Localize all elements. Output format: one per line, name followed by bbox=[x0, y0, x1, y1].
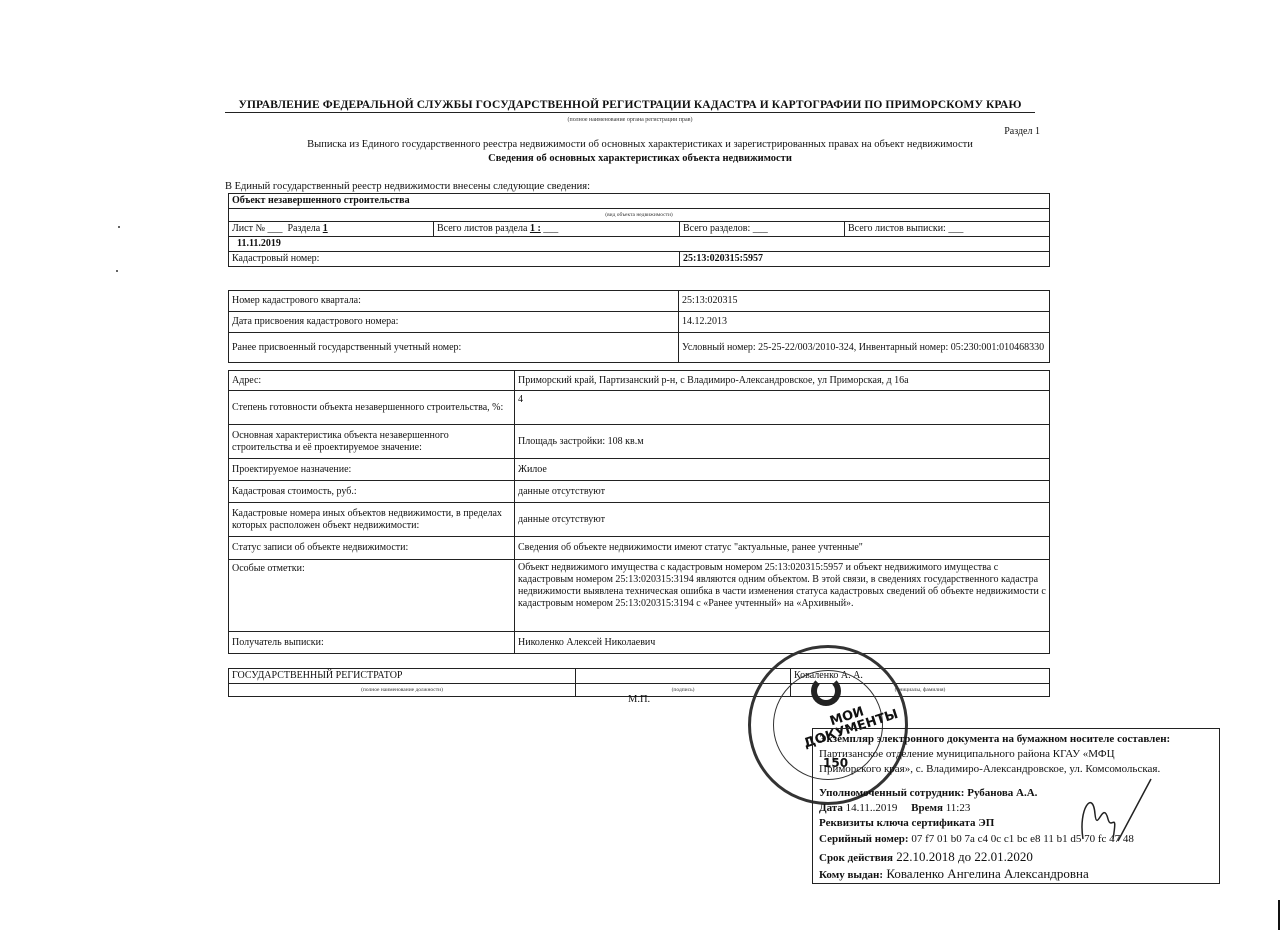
main-characteristic-value: Площадь застройки: 108 кв.м bbox=[515, 425, 1050, 459]
prev-number-value: Условный номер: 25-25-22/003/2010-324, И… bbox=[679, 333, 1050, 363]
total-sheets-section-blank: ___ bbox=[543, 223, 558, 234]
object-type: Объект незавершенного строительства bbox=[229, 194, 1050, 209]
sheet-info: Лист № ___ Раздела 1 bbox=[229, 222, 434, 237]
cadastral-value: 25:13:020315:5957 bbox=[680, 252, 1050, 267]
intro-text: В Единый государственный реестр недвижим… bbox=[225, 181, 590, 192]
ep-time-value: 11:23 bbox=[946, 802, 971, 814]
assign-date-label: Дата присвоения кадастрового номера: bbox=[229, 312, 679, 333]
ep-issued: Кому выдан: Коваленко Ангелина Александр… bbox=[819, 866, 1089, 882]
total-sections-label: Всего разделов: bbox=[683, 223, 750, 234]
section-label: Раздела bbox=[287, 223, 320, 234]
total-sheets-section-value: 1 : bbox=[530, 223, 541, 234]
handwritten-signature bbox=[1073, 769, 1153, 859]
ep-date-label: Дата bbox=[819, 802, 843, 814]
scan-speck bbox=[118, 226, 120, 228]
org-subtitle: (полное наименование органа регистрации … bbox=[225, 117, 1035, 123]
total-sheets-value: ___ bbox=[948, 223, 963, 234]
ep-serial-label: Серийный номер: bbox=[819, 833, 909, 845]
special-notes-label: Особые отметки: bbox=[229, 560, 515, 632]
cadastral-label: Кадастровый номер: bbox=[229, 252, 680, 267]
sheet-value: ___ bbox=[267, 223, 282, 234]
ep-validity-value: 22.10.2018 до 22.01.2020 bbox=[896, 849, 1033, 864]
ep-datetime: Дата 14.11..2019 Время 11:23 bbox=[819, 802, 970, 814]
ep-key-label: Реквизиты ключа сертификата ЭП bbox=[819, 817, 994, 829]
readiness-label: Степень готовности объекта незавершенног… bbox=[229, 391, 515, 425]
ep-date-value: 14.11..2019 bbox=[846, 802, 898, 814]
total-sheets: Всего листов выписки: ___ bbox=[845, 222, 1050, 237]
purpose-label: Проектируемое назначение: bbox=[229, 459, 515, 481]
recipient-label: Получатель выписки: bbox=[229, 632, 515, 654]
object-table: Объект незавершенного строительства (вид… bbox=[228, 193, 1050, 267]
position-caption: (полное наименование должности) bbox=[229, 684, 576, 697]
extract-title: Выписка из Единого государственного реес… bbox=[225, 139, 1055, 150]
object-type-caption: (вид объекта недвижимости) bbox=[229, 209, 1050, 222]
assign-date-value: 14.12.2013 bbox=[679, 312, 1050, 333]
sheet-label: Лист № bbox=[232, 223, 265, 234]
extract-subtitle: Сведения об основных характеристиках объ… bbox=[225, 153, 1055, 164]
org-title: УПРАВЛЕНИЕ ФЕДЕРАЛЬНОЙ СЛУЖБЫ ГОСУДАРСТВ… bbox=[225, 99, 1035, 113]
ep-time-label: Время bbox=[911, 802, 943, 814]
total-sheets-section-label: Всего листов раздела bbox=[437, 223, 527, 234]
section-number: Раздел 1 bbox=[980, 126, 1040, 137]
total-sheets-section: Всего листов раздела 1 : ___ bbox=[434, 222, 680, 237]
extract-date: 11.11.2019 bbox=[229, 237, 1050, 252]
quarter-label: Номер кадастрового квартала: bbox=[229, 291, 679, 312]
ep-certificate-box: Экземпляр электронного документа на бума… bbox=[812, 728, 1220, 884]
address-label: Адрес: bbox=[229, 371, 515, 391]
special-notes-value: Объект недвижимого имущества с кадастров… bbox=[515, 560, 1050, 632]
ep-issued-label: Кому выдан: bbox=[819, 869, 883, 881]
registrar-position: ГОСУДАРСТВЕННЫЙ РЕГИСТРАТОР bbox=[229, 669, 576, 684]
record-status-label: Статус записи об объекте недвижимости: bbox=[229, 537, 515, 560]
record-status-value: Сведения об объекте недвижимости имеют с… bbox=[515, 537, 1050, 560]
address-value: Приморский край, Партизанский р-н, с Вла… bbox=[515, 371, 1050, 391]
purpose-value: Жилое bbox=[515, 459, 1050, 481]
parent-objects-label: Кадастровые номера иных объектов недвижи… bbox=[229, 503, 515, 537]
section-value: 1 bbox=[323, 223, 328, 234]
registrar-signature bbox=[576, 669, 791, 684]
ep-validity-label: Срок действия bbox=[819, 852, 893, 864]
ep-issued-value: Коваленко Ангелина Александровна bbox=[886, 866, 1088, 881]
main-characteristic-label: Основная характеристика объекта незаверш… bbox=[229, 425, 515, 459]
quarter-value: 25:13:020315 bbox=[679, 291, 1050, 312]
seal-mark: М.П. bbox=[628, 694, 650, 705]
quarter-table: Номер кадастрового квартала: 25:13:02031… bbox=[228, 290, 1050, 363]
ep-line2: Партизанское отделение муниципального ра… bbox=[819, 748, 1115, 760]
registrar-table: ГОСУДАРСТВЕННЫЙ РЕГИСТРАТОР Коваленко А.… bbox=[228, 668, 1050, 697]
ep-validity: Срок действия 22.10.2018 до 22.01.2020 bbox=[819, 849, 1033, 865]
stamp-logo-icon bbox=[811, 676, 841, 706]
total-sections: Всего разделов: ___ bbox=[680, 222, 845, 237]
total-sheets-label: Всего листов выписки: bbox=[848, 223, 946, 234]
cadastral-cost-value: данные отсутствуют bbox=[515, 481, 1050, 503]
total-sections-value: ___ bbox=[753, 223, 768, 234]
ep-line1: Экземпляр электронного документа на бума… bbox=[819, 733, 1170, 745]
recipient-value: Николенко Алексей Николаевич bbox=[515, 632, 1050, 654]
ep-officer: Уполномоченный сотрудник: Рубанова А.А. bbox=[819, 787, 1037, 799]
readiness-value: 4 bbox=[515, 391, 1050, 425]
parent-objects-value: данные отсутствуют bbox=[515, 503, 1050, 537]
prev-number-label: Ранее присвоенный государственный учетны… bbox=[229, 333, 679, 363]
ep-officer-value: Рубанова А.А. bbox=[967, 787, 1037, 799]
details-table: Адрес: Приморский край, Партизанский р-н… bbox=[228, 370, 1050, 654]
cadastral-cost-label: Кадастровая стоимость, руб.: bbox=[229, 481, 515, 503]
scan-speck bbox=[116, 270, 118, 272]
ep-officer-label: Уполномоченный сотрудник: bbox=[819, 787, 964, 799]
